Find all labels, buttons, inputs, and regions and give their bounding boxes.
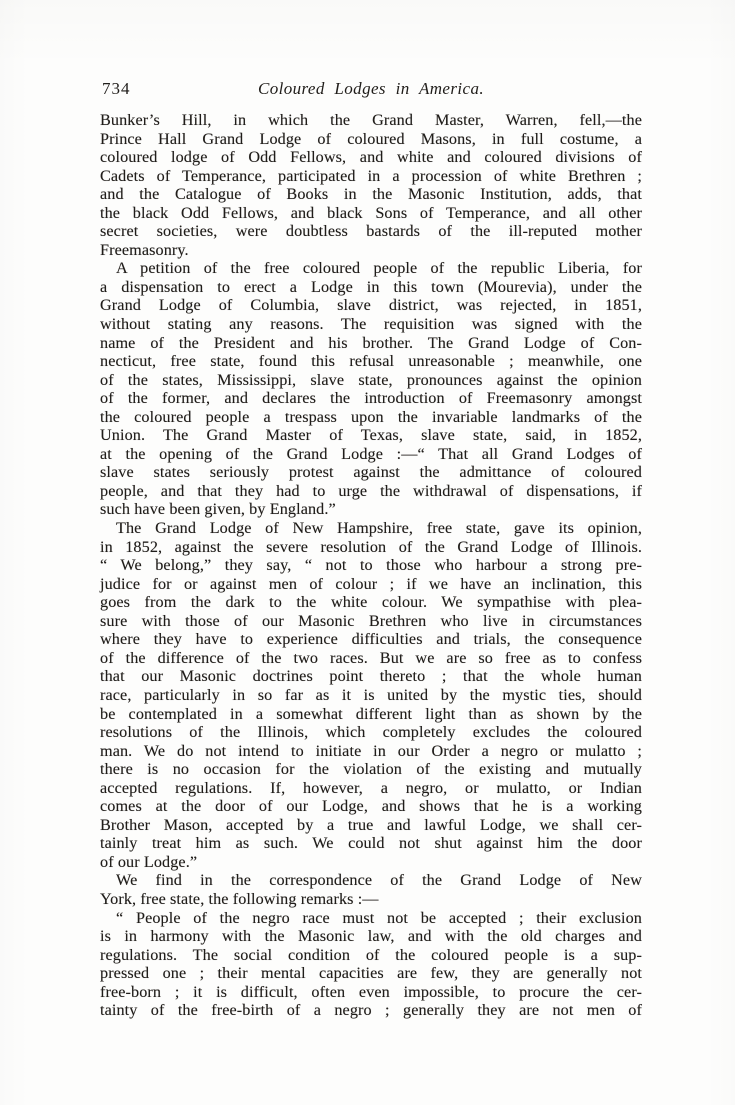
paragraph: The Grand Lodge of New Hampshire, free s…	[100, 519, 642, 871]
text-line: Brother Mason, accepted by a true and la…	[100, 816, 642, 835]
text-line: tainly treat him as such. We could not s…	[100, 834, 642, 853]
text-line: York, free state, the following remarks …	[100, 890, 642, 909]
text-line: the coloured people a trespass upon the …	[100, 408, 642, 427]
text-line: sure with those of our Masonic Brethren …	[100, 612, 642, 631]
paragraph: A petition of the free coloured people o…	[100, 259, 642, 519]
text-line: man. We do not intend to initiate in our…	[100, 742, 642, 761]
text-line: Cadets of Temperance, participated in a …	[100, 167, 642, 186]
text-line: The Grand Lodge of New Hampshire, free s…	[100, 519, 642, 538]
text-line: that our Masonic doctrines point thereto…	[100, 667, 642, 686]
text-line: “ People of the negro race must not be a…	[100, 909, 642, 928]
text-line: We find in the correspondence of the Gra…	[100, 871, 642, 890]
text-line: A petition of the free coloured people o…	[100, 259, 642, 278]
text-line: secret societies, were doubtless bastard…	[100, 222, 642, 241]
text-line: goes from the dark to the white colour. …	[100, 593, 642, 612]
running-title: Coloured Lodges in America.	[258, 79, 484, 98]
text-line: the black Odd Fellows, and black Sons of…	[100, 204, 642, 223]
text-line: name of the President and his brother. T…	[100, 334, 642, 353]
text-line: free-born ; it is difficult, often even …	[100, 983, 642, 1002]
paragraph: “ People of the negro race must not be a…	[100, 909, 642, 1020]
text-line: there is no occasion for the violation o…	[100, 760, 642, 779]
text-line: regulations. The social condition of the…	[100, 946, 642, 965]
text-line: tainty of the free-birth of a negro ; ge…	[100, 1001, 642, 1020]
text-line: accepted regulations. If, however, a neg…	[100, 779, 642, 798]
text-line: such have been given, by England.”	[100, 500, 642, 519]
text-line: coloured lodge of Odd Fellows, and white…	[100, 148, 642, 167]
text-line: Prince Hall Grand Lodge of coloured Maso…	[100, 130, 642, 149]
text-line: race, particularly in so far as it is un…	[100, 686, 642, 705]
text-line: at the opening of the Grand Lodge :—“ Th…	[100, 445, 642, 464]
text-line: Bunker’s Hill, in which the Grand Master…	[100, 111, 642, 130]
text-line: “ We belong,” they say, “ not to those w…	[100, 556, 642, 575]
text-line: Grand Lodge of Columbia, slave district,…	[100, 296, 642, 315]
text-line: of the difference of the two races. But …	[100, 649, 642, 668]
paragraph: Bunker’s Hill, in which the Grand Master…	[100, 111, 642, 259]
text-line: pressed one ; their mental capacities ar…	[100, 964, 642, 983]
text-line: resolutions of the Illinois, which compl…	[100, 723, 642, 742]
text-line: in 1852, against the severe resolution o…	[100, 538, 642, 557]
text-line: of the states, Mississippi, slave state,…	[100, 371, 642, 390]
paragraph: We find in the correspondence of the Gra…	[100, 871, 642, 908]
text-line: of our Lodge.”	[100, 853, 642, 872]
text-line: of the former, and declares the introduc…	[100, 389, 642, 408]
text-line: people, and that they had to urge the wi…	[100, 482, 642, 501]
text-line: is in harmony with the Masonic law, and …	[100, 927, 642, 946]
text-line: Union. The Grand Master of Texas, slave …	[100, 426, 642, 445]
text-line: slave states seriously protest against t…	[100, 463, 642, 482]
text-line: necticut, free state, found this refusal…	[100, 352, 642, 371]
text-line: a dispensation to erect a Lodge in this …	[100, 278, 642, 297]
text-line: comes at the door of our Lodge, and show…	[100, 797, 642, 816]
page-header: 734 Coloured Lodges in America.	[100, 78, 642, 100]
text-line: Freemasonry.	[100, 241, 642, 260]
page-number: 734	[102, 78, 131, 100]
text-line: and the Catalogue of Books in the Masoni…	[100, 185, 642, 204]
page-body: Bunker’s Hill, in which the Grand Master…	[100, 111, 642, 1020]
text-line: judice for or against men of colour ; if…	[100, 575, 642, 594]
text-line: without stating any reasons. The requisi…	[100, 315, 642, 334]
text-line: where they have to experience difficulti…	[100, 630, 642, 649]
text-line: be contemplated in a somewhat different …	[100, 705, 642, 724]
book-page: 734 Coloured Lodges in America. Bunker’s…	[0, 0, 735, 1105]
